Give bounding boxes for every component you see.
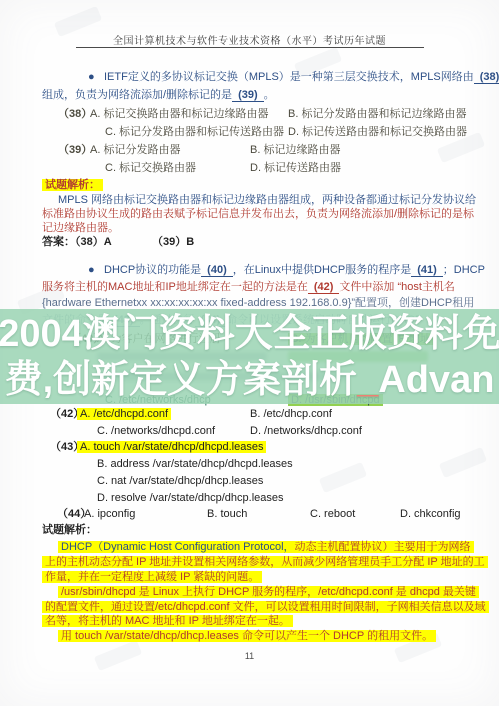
page-header-title: 全国计算机技术与软件专业技术资格（水平）考试历年试题 (0, 32, 499, 47)
q42-option-a-highlighted: A. /etc/dhcpd.conf (77, 407, 171, 421)
exam-document-page: 全国计算机技术与软件专业技术资格（水平）考试历年试题 ● IETF定义的多协议标… (0, 0, 499, 706)
dhcp-analysis-line1-zh: 动态主机配置协议）主要用于为网络 (295, 541, 471, 553)
dhcp-analysis-line6: 名等，将主机的 MAC 地址和 IP 地址绑定在一起。 (42, 614, 293, 628)
answer-38: 答案：（38）A (42, 235, 112, 249)
q43-option-c: C. nat /var/state/dhcp/dhcp.leases (97, 474, 263, 488)
q38-label: （38） (58, 107, 92, 121)
q43-option-a-highlighted: A. touch /var/state/dhcp/dhcpd.leases (77, 440, 266, 454)
q39-stem-text: 组成，负责为网络流添加/删除标记的是 (42, 89, 232, 101)
ad-banner-line2-zh: 费,创新定义方案剖析 (5, 359, 358, 401)
mpls-analysis-line2: 标准路由协议生成的路由表赋予标记信息并发布出去，负责为网络流添加/删除标记的是标 (42, 207, 474, 221)
q42-option-b: B. /etc/dhcp.conf (250, 407, 332, 421)
dhcp-analysis-line3-text: 作量，并在一定程度上减缓 IP 紧缺的问题。 (42, 571, 262, 583)
watermark (319, 462, 367, 493)
ad-banner-line2: 费,创新定义方案剖析_Advan (5, 357, 495, 403)
q38-stem-line2: 组成，负责为网络流添加/删除标记的是(39)。 (42, 88, 275, 102)
mpls-analysis-line1: MPLS 网络由标记交换路由器和标记边缘路由器组成，两种设备都通过标记分发协议给 (58, 193, 476, 207)
q39-option-c: C. 标记交换路由器 (105, 161, 196, 175)
q44-option-c: C. reboot (310, 507, 355, 521)
dhcp-analysis-line3: 作量，并在一定程度上减缓 IP 紧缺的问题。 (42, 570, 262, 584)
q42-option-a-text: A. /etc/dhcpd.conf (77, 408, 171, 420)
dhcp-analysis-line1-en: DHCP（Dynamic Host Configuration Protocol… (61, 541, 295, 553)
watermark (439, 447, 487, 478)
analysis-label-2: 试题解析： (42, 523, 97, 537)
q42-option-c: C. /networks/dhcpd.conf (97, 424, 215, 438)
dhcp-stem1c: ；DHCP (443, 264, 485, 276)
page-number: 11 (0, 651, 499, 661)
q39-option-d: D. 标记传送路由器 (250, 161, 341, 175)
dhcp-analysis-line4: /usr/sbin/dhcpd 是 Linux 上执行 DHCP 服务的程序，/… (58, 585, 479, 599)
dhcp-analysis-line5: 的配置文件，通过设置/etc/dhcpd.conf 文件，可以设置租用时间限制，… (42, 600, 489, 614)
blank-42: (42) (308, 281, 340, 294)
ad-banner-overlay[interactable]: 2004澳门资料大全正版资料免 费,创新定义方案剖析_Advan (0, 309, 499, 404)
q44-option-d: D. chkconfig (400, 507, 461, 521)
dhcp-analysis-line2: 上的主机动态分配 IP 地址并设置相关网络参数，从而减少网络管理员手工分配 IP… (42, 555, 488, 569)
mpls-analysis-line3: 记边缘路由器。 (42, 221, 119, 235)
dhcp-analysis-line7-text: 用 touch /var/state/dhcp/dhcp.leases 命令可以… (58, 630, 436, 642)
blank-41: (41) (411, 264, 443, 277)
dhcp-stem-line3: {hardware Ethernetxx xx:xx:xx:xx:xx fixe… (42, 296, 474, 310)
ad-banner-line1: 2004澳门资料大全正版资料免 (0, 311, 499, 357)
dhcp-analysis-line2-text: 上的主机动态分配 IP 地址并设置相关网络参数，从而减少网络管理员手工分配 IP… (42, 556, 488, 568)
bullet-icon: ● (88, 70, 95, 84)
q39-stem-end: 。 (264, 89, 275, 101)
q38-option-b: B. 标记分发路由器和标记边缘路由器 (288, 107, 466, 121)
q44-option-b: B. touch (207, 507, 247, 521)
ad-banner-underscore: _ (357, 359, 378, 401)
blank-40: (40) (201, 264, 233, 277)
q39-option-a: A. 标记分发路由器 (90, 143, 180, 157)
analysis-label-1-text: 试题解析： (42, 179, 103, 191)
q42-option-d: D. /networks/dhcp.conf (250, 424, 362, 438)
ad-banner-line2-en: Advan (378, 359, 494, 401)
dhcp-stem-line1: DHCP协议的功能是(40)，在Linux中提供DHCP服务的程序是(41)；D… (104, 263, 485, 277)
q38-option-d: D. 标记传送路由器和标记交换路由器 (288, 125, 467, 139)
q38-stem-line1: IETF定义的多协议标记交换（MPLS）是一种第三层交换技术，MPLS网络由(3… (104, 70, 499, 84)
dhcp-stem2a: 服务将主机的MAC地址和IP地址绑定在一起的方法是在 (42, 281, 308, 293)
dhcp-analysis-line7: 用 touch /var/state/dhcp/dhcp.leases 命令可以… (58, 629, 436, 643)
blank-39: (39) (232, 89, 264, 102)
q38-option-c: C. 标记分发路由器和标记传送路由器 (105, 125, 284, 139)
q43-option-b: B. address /var/state/dhcp/dhcpd.leases (97, 457, 293, 471)
q39-label: （39） (58, 143, 92, 157)
bullet-icon: ● (88, 263, 95, 277)
dhcp-analysis-line1: DHCP（Dynamic Host Configuration Protocol… (58, 540, 474, 554)
q43-option-a-text: A. touch /var/state/dhcp/dhcpd.leases (77, 441, 266, 453)
dhcp-stem2b: 文件中添加 “host主机名 (339, 281, 455, 293)
dhcp-stem1b: ，在Linux中提供DHCP服务的程序是 (233, 264, 411, 276)
q38-option-a: A. 标记交换路由器和标记边缘路由器 (90, 107, 268, 121)
q44-option-a: A. ipconfig (84, 507, 135, 521)
q43-option-d: D. resolve /var/state/dhcp/dhcp.leases (97, 491, 283, 505)
analysis-label-1: 试题解析： (42, 178, 103, 192)
answer-39: （39）B (152, 235, 194, 249)
dhcp-analysis-line4-text: /usr/sbin/dhcpd 是 Linux 上执行 DHCP 服务的程序，/… (58, 586, 479, 598)
dhcp-stem-line2: 服务将主机的MAC地址和IP地址绑定在一起的方法是在(42)文件中添加 “hos… (42, 280, 455, 294)
dhcp-analysis-line6-text: 名等，将主机的 MAC 地址和 IP 地址绑定在一起。 (42, 615, 293, 627)
blank-38: (38) (474, 71, 499, 84)
q39-option-b: B. 标记边缘路由器 (250, 143, 340, 157)
dhcp-stem1a: DHCP协议的功能是 (104, 264, 201, 276)
dhcp-analysis-line5-text: 的配置文件，通过设置/etc/dhcpd.conf 文件，可以设置租用时间限制，… (42, 601, 489, 613)
header-rule (76, 47, 424, 48)
q38-stem-text: IETF定义的多协议标记交换（MPLS）是一种第三层交换技术，MPLS网络由 (104, 71, 474, 83)
